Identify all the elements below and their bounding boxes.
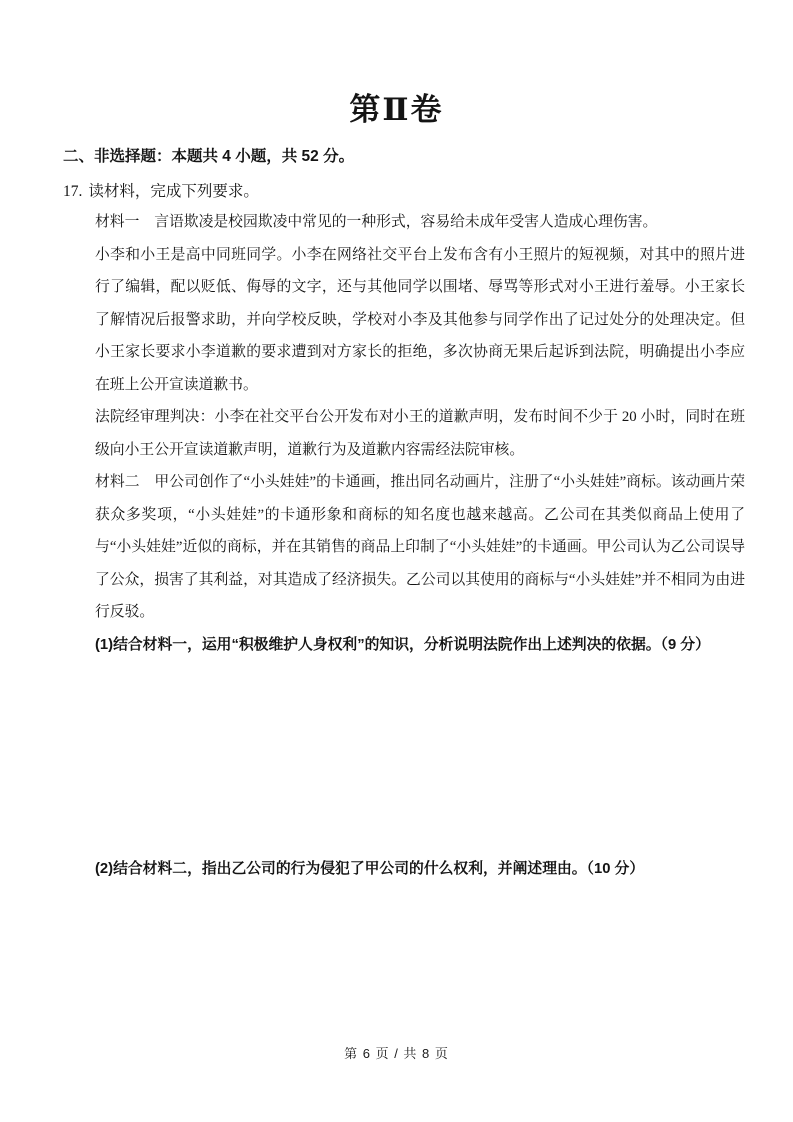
- section-heading: 二、非选择题：本题共 4 小题，共 52 分。: [63, 147, 745, 167]
- question-17-number: 17.: [63, 183, 82, 200]
- court-ruling-paragraph: 法院经审理判决：小李在社交平台公开发布对小王的道歉声明，发布时间不少于 20 小…: [95, 401, 745, 466]
- question-17-materials: 材料一 言语欺凌是校园欺凌中常见的一种形式，容易给未成年受害人造成心理伤害。 小…: [95, 206, 745, 661]
- material-1-body: 小李和小王是高中同班同学。小李在网络社交平台上发布含有小王照片的短视频，对其中的…: [95, 239, 745, 402]
- sub-question-1: (1)结合材料一，运用“积极维护人身权利”的知识，分析说明法院作出上述判决的依据…: [95, 629, 745, 662]
- question-17: 17.读材料，完成下列要求。: [63, 182, 745, 202]
- exam-paper-page: 第Ⅱ卷 二、非选择题：本题共 4 小题，共 52 分。 17.读材料，完成下列要…: [0, 0, 793, 1122]
- page-title: 第Ⅱ卷: [0, 0, 793, 130]
- material-1-intro: 材料一 言语欺凌是校园欺凌中常见的一种形式，容易给未成年受害人造成心理伤害。: [95, 206, 745, 239]
- page-number: 第 6 页 / 共 8 页: [0, 1043, 793, 1062]
- sub-question-2: (2)结合材料二，指出乙公司的行为侵犯了甲公司的什么权利，并阐述理由。（10 分…: [95, 853, 745, 886]
- material-2-body: 材料二 甲公司创作了“小头娃娃”的卡通画，推出同名动画片，注册了“小头娃娃”商标…: [95, 466, 745, 629]
- question-17-intro: 读材料，完成下列要求。: [88, 183, 259, 200]
